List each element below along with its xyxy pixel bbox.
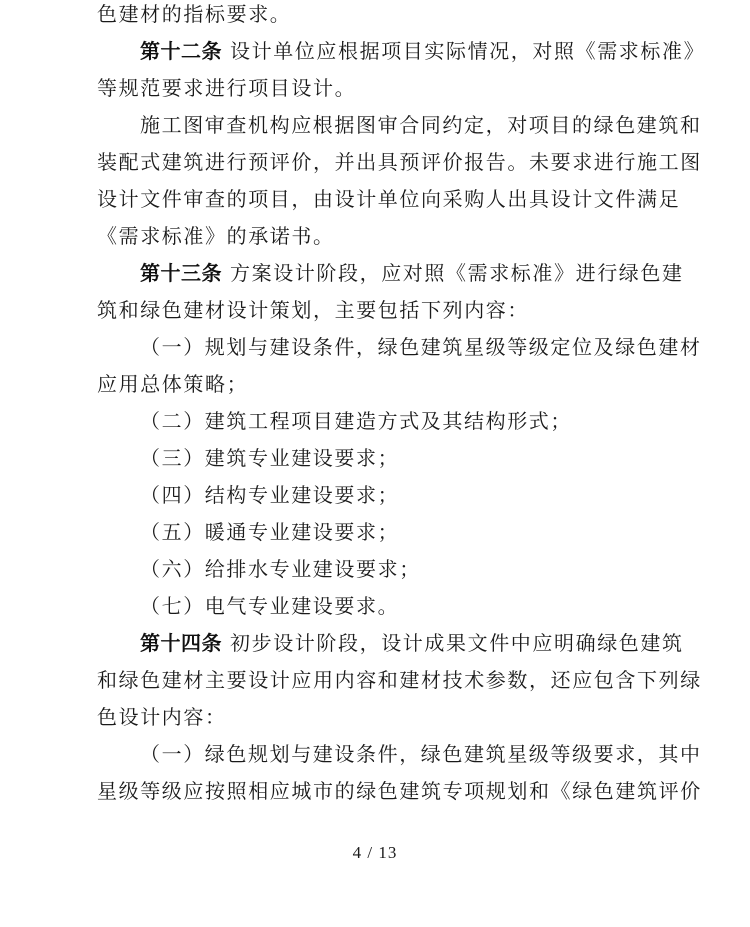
article-heading: 第十三条	[140, 261, 222, 285]
list-item: （四）结构专业建设要求；	[97, 477, 649, 514]
page-number: 4 / 13	[0, 843, 750, 863]
list-item: （六）给排水专业建设要求；	[97, 551, 649, 588]
text-line: 星级等级应按照相应城市的绿色建筑专项规划和《绿色建筑评价	[97, 773, 649, 810]
list-item: （三）建筑专业建设要求；	[97, 440, 649, 477]
article-text: 初步设计阶段，设计成果文件中应明确绿色建筑	[230, 631, 684, 655]
article-14-line: 第十四条初步设计阶段，设计成果文件中应明确绿色建筑	[97, 625, 649, 662]
article-12-line: 第十二条设计单位应根据项目实际情况，对照《需求标准》	[97, 33, 649, 70]
document-page: 色建材的指标要求。 第十二条设计单位应根据项目实际情况，对照《需求标准》 等规范…	[97, 0, 649, 810]
text-line: 色设计内容：	[97, 699, 649, 736]
article-heading: 第十四条	[140, 631, 222, 655]
article-13-line: 第十三条方案设计阶段，应对照《需求标准》进行绿色建	[97, 255, 649, 292]
text-line: 和绿色建材主要设计应用内容和建材技术参数，还应包含下列绿	[97, 662, 649, 699]
text-line: 施工图审查机构应根据图审合同约定，对项目的绿色建筑和	[97, 107, 649, 144]
list-item: （二）建筑工程项目建造方式及其结构形式；	[97, 403, 649, 440]
text-line: 等规范要求进行项目设计。	[97, 70, 649, 107]
text-line: 应用总体策略；	[97, 366, 649, 403]
article-heading: 第十二条	[140, 39, 222, 63]
list-item: （一）绿色规划与建设条件，绿色建筑星级等级要求，其中	[97, 736, 649, 773]
text-line: 设计文件审查的项目，由设计单位向采购人出具设计文件满足	[97, 181, 649, 218]
list-item: （七）电气专业建设要求。	[97, 588, 649, 625]
text-line: 色建材的指标要求。	[97, 0, 649, 33]
article-text: 方案设计阶段，应对照《需求标准》进行绿色建	[230, 261, 684, 285]
list-item: （五）暖通专业建设要求；	[97, 514, 649, 551]
text-line: 《需求标准》的承诺书。	[97, 218, 649, 255]
article-text: 设计单位应根据项目实际情况，对照《需求标准》	[230, 39, 705, 63]
list-item: （一）规划与建设条件，绿色建筑星级等级定位及绿色建材	[97, 329, 649, 366]
text-line: 装配式建筑进行预评价，并出具预评价报告。未要求进行施工图	[97, 144, 649, 181]
text-line: 筑和绿色建材设计策划，主要包括下列内容：	[97, 292, 649, 329]
